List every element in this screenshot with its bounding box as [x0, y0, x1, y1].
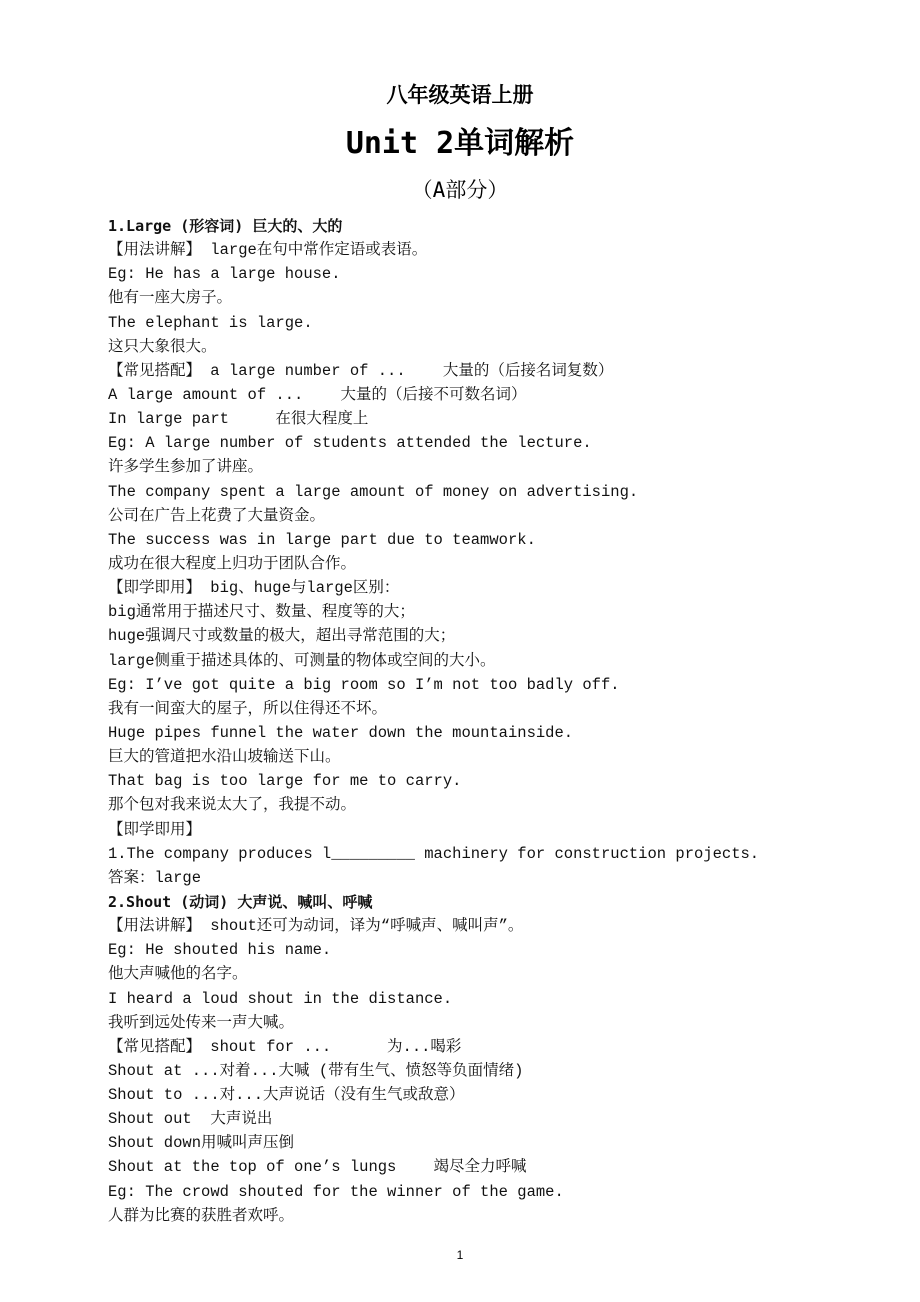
text-line: 【用法讲解】 large在句中常作定语或表语。: [108, 238, 868, 262]
text-line: Eg: He shouted his name.: [108, 938, 868, 962]
text-line: The elephant is large.: [108, 311, 868, 335]
text-line: 【常见搭配】 shout for ... 为...喝彩: [108, 1035, 868, 1059]
text-line: 【即学即用】: [108, 818, 868, 842]
grade-title: 八年级英语上册: [0, 80, 920, 110]
text-line: In large part 在很大程度上: [108, 407, 868, 431]
text-line: Huge pipes funnel the water down the mou…: [108, 721, 868, 745]
text-line: The company spent a large amount of mone…: [108, 480, 868, 504]
text-line: large侧重于描述具体的、可测量的物体或空间的大小。: [108, 649, 868, 673]
text-line: big通常用于描述尺寸、数量、程度等的大；: [108, 600, 868, 624]
text-line: 【即学即用】 big、huge与large区别：: [108, 576, 868, 600]
text-line: I heard a loud shout in the distance.: [108, 987, 868, 1011]
text-line: 答案：large: [108, 866, 868, 890]
text-line: 【用法讲解】 shout还可为动词，译为“呼喊声、喊叫声”。: [108, 914, 868, 938]
text-line: Shout to ...对...大声说话（没有生气或敌意）: [108, 1083, 868, 1107]
document-page: 八年级英语上册 Unit 2单词解析 （A部分） 1.Large (形容词) 巨…: [0, 0, 920, 1302]
text-line: Eg: A large number of students attended …: [108, 431, 868, 455]
text-line: Shout at the top of one’s lungs 竭尽全力呼喊: [108, 1155, 868, 1179]
page-number: 1: [0, 1248, 920, 1262]
text-line: 我有一间蛮大的屋子，所以住得还不坏。: [108, 697, 868, 721]
unit-title: Unit 2单词解析: [0, 122, 920, 166]
text-line: 1.The company produces l_________ machin…: [108, 842, 868, 866]
document-body: 1.Large (形容词) 巨大的、大的【用法讲解】 large在句中常作定语或…: [108, 214, 868, 1228]
text-line: The success was in large part due to tea…: [108, 528, 868, 552]
text-line: 【常见搭配】 a large number of ... 大量的（后接名词复数）: [108, 359, 868, 383]
section-heading: 2.Shout (动词) 大声说、喊叫、呼喊: [108, 890, 868, 914]
text-line: 许多学生参加了讲座。: [108, 455, 868, 479]
text-line: 成功在很大程度上归功于团队合作。: [108, 552, 868, 576]
text-line: 他有一座大房子。: [108, 286, 868, 310]
text-line: 我听到远处传来一声大喊。: [108, 1011, 868, 1035]
text-line: Eg: He has a large house.: [108, 262, 868, 286]
text-line: Eg: The crowd shouted for the winner of …: [108, 1180, 868, 1204]
text-line: A large amount of ... 大量的（后接不可数名词）: [108, 383, 868, 407]
text-line: Shout out 大声说出: [108, 1107, 868, 1131]
text-line: huge强调尺寸或数量的极大，超出寻常范围的大；: [108, 624, 868, 648]
text-line: 公司在广告上花费了大量资金。: [108, 504, 868, 528]
text-line: 那个包对我来说太大了，我提不动。: [108, 793, 868, 817]
text-line: Shout down用喊叫声压倒: [108, 1131, 868, 1155]
text-line: 这只大象很大。: [108, 335, 868, 359]
section-heading: 1.Large (形容词) 巨大的、大的: [108, 214, 868, 238]
text-line: Shout at ...对着...大喊 (带有生气、愤怒等负面情绪): [108, 1059, 868, 1083]
text-line: Eg: I’ve got quite a big room so I’m not…: [108, 673, 868, 697]
text-line: 巨大的管道把水沿山坡输送下山。: [108, 745, 868, 769]
part-title: （A部分）: [0, 174, 920, 206]
text-line: That bag is too large for me to carry.: [108, 769, 868, 793]
text-line: 他大声喊他的名字。: [108, 962, 868, 986]
text-line: 人群为比赛的获胜者欢呼。: [108, 1204, 868, 1228]
